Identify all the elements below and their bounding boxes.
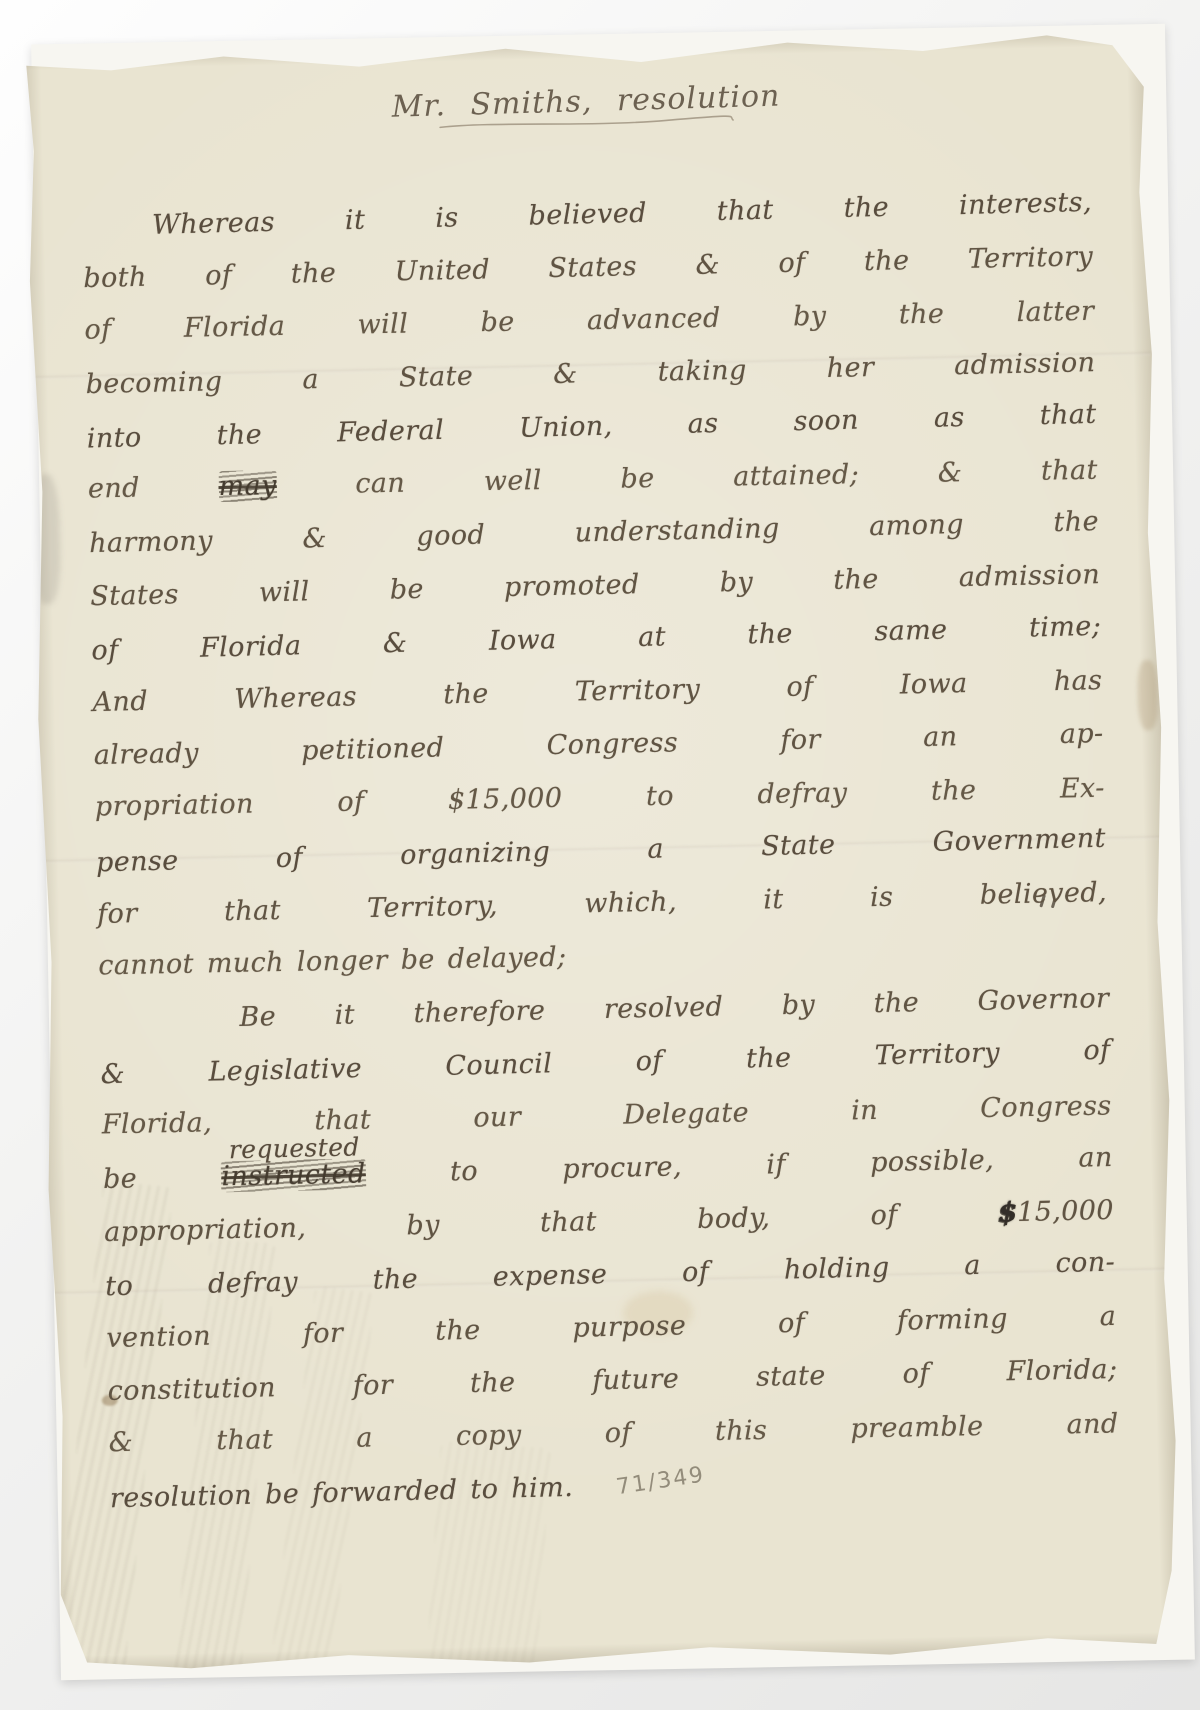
manuscript-text-segment: to procure, if possible, an bbox=[365, 1142, 1113, 1189]
manuscript-text-segment: already petitioned Congress for an ap- bbox=[93, 718, 1103, 771]
ink-blotted-dollar-sign: $ bbox=[998, 1197, 1018, 1228]
manuscript-text-segment: cannot much longer be delayed; bbox=[98, 942, 567, 982]
manuscript-text-segment: appropriation, by that body, of bbox=[104, 1197, 998, 1247]
stain bbox=[1137, 660, 1159, 730]
struck-out-word: instructed bbox=[221, 1158, 366, 1192]
manuscript-text-segment: of Florida will be advanced by the latte… bbox=[84, 296, 1094, 346]
manuscript-page: Mr. Smiths, resolution Whereas it is bel… bbox=[20, 30, 1183, 1676]
manuscript-text-segment: resolution be forwarded to him. bbox=[110, 1472, 574, 1514]
correction-stack: requestedinstructed bbox=[221, 1147, 366, 1203]
document-header: Mr. Smiths, resolution bbox=[21, 72, 1150, 142]
manuscript-text-segment: end bbox=[88, 471, 219, 504]
manuscript-lines: Whereas it is believed that the interest… bbox=[82, 177, 1121, 1524]
page-notation-pencil: 71/349 bbox=[613, 1449, 709, 1514]
manuscript-text-segment: be bbox=[103, 1161, 222, 1195]
manuscript-text-segment: Be it therefore resolved by the Governor bbox=[239, 983, 1109, 1033]
photographed-document-scan: { "colors":{"paper":"#e9e4d1","ink":"#60… bbox=[0, 0, 1200, 1710]
stain bbox=[31, 474, 62, 605]
manuscript-text-segment: constitution for the future state of Flo… bbox=[107, 1354, 1117, 1407]
manuscript-text-segment: 15,000 bbox=[1017, 1195, 1115, 1228]
struck-out-word: may bbox=[218, 470, 277, 502]
manuscript-text-segment: can well be attained; & that bbox=[276, 455, 1098, 501]
